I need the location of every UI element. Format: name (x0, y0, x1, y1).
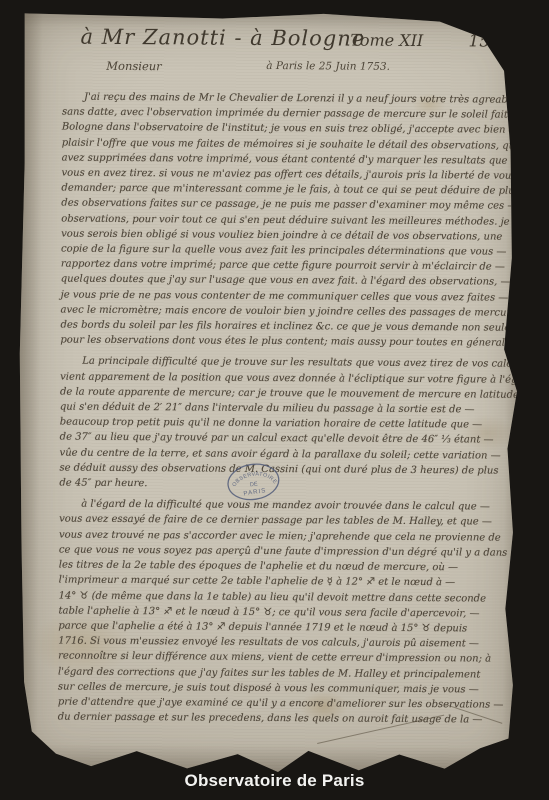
address-line: à Mr Zanotti - à Bologne (80, 25, 365, 51)
paragraph-3: à l'égard de la difficulté que vous me m… (58, 497, 526, 728)
photo-background: à Mr Zanotti - à Bologne Tome XII 157 Mo… (0, 0, 549, 800)
paragraph-1: J'ai reçu des mains de Mr le Chevalier d… (60, 90, 528, 352)
paragraph-2: La principale difficulté que je trouve s… (59, 354, 526, 494)
manuscript-line: de 45″ par heure. (59, 476, 525, 494)
archive-caption: Observatoire de Paris (0, 771, 549, 791)
manuscript-page: à Mr Zanotti - à Bologne Tome XII 157 Mo… (15, 10, 525, 777)
salutation: Monsieur (106, 59, 162, 73)
letter-body: J'ai reçu des mains de Mr le Chevalier d… (58, 90, 528, 735)
tome-label: Tome XII (350, 31, 423, 51)
observatory-stamp-icon: OBSERVATOIRE DE PARIS (223, 457, 285, 507)
dateline: à Paris le 25 Juin 1753. (266, 60, 390, 73)
stamp-text-bottom: PARIS (243, 487, 267, 497)
manuscript-line: du dernier passage et sur les precedens,… (58, 710, 524, 728)
manuscript-line: pour les observations dont vous étes le … (60, 333, 526, 351)
page-number: 157 (468, 31, 501, 51)
